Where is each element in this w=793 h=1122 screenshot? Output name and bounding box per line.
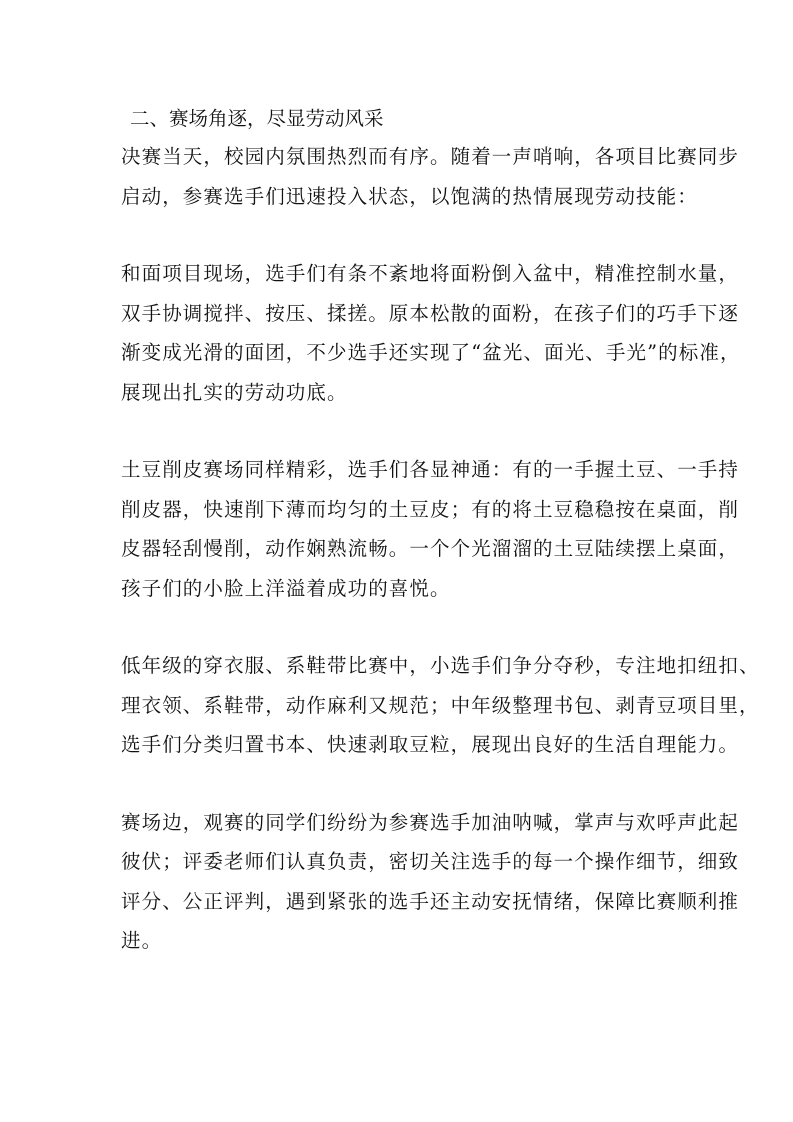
- paragraph-line: 土豆削皮赛场同样精彩，选手们各显神通：有的一手握土豆、一手持: [121, 450, 677, 490]
- document-page: 二、赛场角逐，尽显劳动风采 决赛当天，校园内氛围热烈而有序。随着一声哨响，各项目…: [121, 100, 677, 961]
- paragraph-line: 和面项目现场，选手们有条不紊地将面粉倒入盆中，精准控制水量，: [121, 254, 677, 294]
- paragraph-line: 赛场边，观赛的同学们纷纷为参赛选手加油呐喊，掌声与欢呼声此起: [121, 803, 677, 843]
- paragraph-line: 进。: [121, 921, 677, 961]
- paragraph-line: 皮器轻刮慢削，动作娴熟流畅。一个个光溜溜的土豆陆续摆上桌面，: [121, 529, 677, 569]
- paragraph-line: 展现出扎实的劳动功底。: [121, 373, 677, 413]
- paragraph-opening: 决赛当天，校园内氛围热烈而有序。随着一声哨响，各项目比赛同步 启动，参赛选手们迅…: [121, 137, 677, 216]
- paragraph-line: 削皮器，快速削下薄而均匀的土豆皮；有的将土豆稳稳按在桌面，削: [121, 490, 677, 530]
- paragraph-audience-judges: 赛场边，观赛的同学们纷纷为参赛选手加油呐喊，掌声与欢呼声此起 彼伏；评委老师们认…: [121, 803, 677, 961]
- paragraph-line: 评分、公正评判，遇到紧张的选手还主动安抚情绪，保障比赛顺利推: [121, 882, 677, 922]
- paragraph-line: 渐变成光滑的面团，不少选手还实现了“盆光、面光、手光”的标准，: [121, 333, 677, 373]
- paragraph-potato-peeling: 土豆削皮赛场同样精彩，选手们各显神通：有的一手握土豆、一手持 削皮器，快速削下薄…: [121, 450, 677, 608]
- paragraph-dough-kneading: 和面项目现场，选手们有条不紊地将面粉倒入盆中，精准控制水量， 双手协调搅拌、按压…: [121, 254, 677, 412]
- paragraph-line: 理衣领、系鞋带，动作麻利又规范；中年级整理书包、剥青豆项目里，: [121, 686, 677, 726]
- section-heading: 二、赛场角逐，尽显劳动风采: [121, 100, 677, 137]
- paragraph-line: 孩子们的小脸上洋溢着成功的喜悦。: [121, 569, 677, 609]
- paragraph-line: 彼伏；评委老师们认真负责，密切关注选手的每一个操作细节，细致: [121, 842, 677, 882]
- paragraph-line: 启动，参赛选手们迅速投入状态，以饱满的热情展现劳动技能：: [121, 177, 677, 217]
- paragraph-self-care-skills: 低年级的穿衣服、系鞋带比赛中，小选手们争分夺秒，专注地扣纽扣、 理衣领、系鞋带，…: [121, 646, 677, 765]
- paragraph-line: 决赛当天，校园内氛围热烈而有序。随着一声哨响，各项目比赛同步: [121, 137, 677, 177]
- paragraph-line: 选手们分类归置书本、快速剥取豆粒，展现出良好的生活自理能力。: [121, 725, 677, 765]
- paragraph-line: 低年级的穿衣服、系鞋带比赛中，小选手们争分夺秒，专注地扣纽扣、: [121, 646, 677, 686]
- paragraph-line: 双手协调搅拌、按压、揉搓。原本松散的面粉，在孩子们的巧手下逐: [121, 294, 677, 334]
